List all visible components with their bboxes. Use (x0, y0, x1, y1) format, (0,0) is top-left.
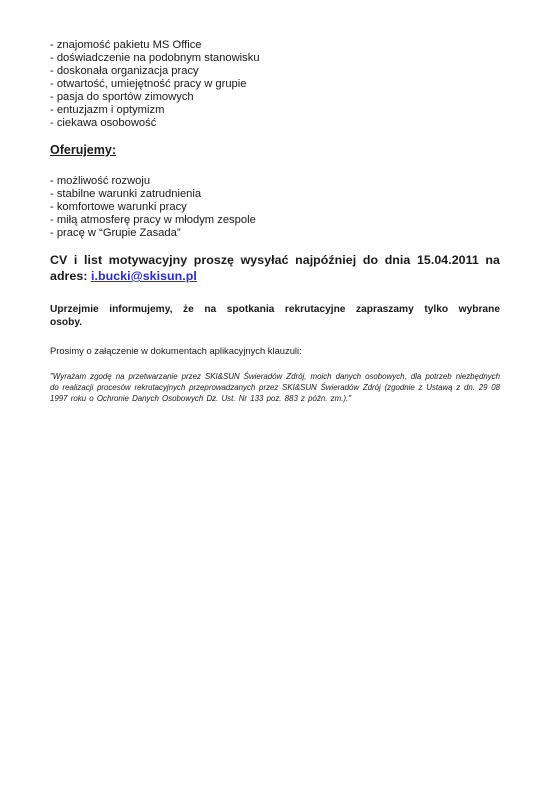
email-link[interactable]: i.bucki@skisun.pl (91, 269, 197, 283)
offer-heading: Oferujemy: (50, 142, 500, 158)
offer-list: - możliwość rozwoju - stabilne warunki z… (50, 175, 500, 240)
requirement-item: - ciekawa osobowość (50, 117, 500, 130)
offer-item: - stabilne warunki zatrudnienia (50, 188, 500, 201)
application-instructions: CV i list motywacyjny proszę wysyłać naj… (50, 252, 500, 284)
requirements-list: - znajomość pakietu MS Office - doświadc… (50, 39, 500, 130)
requirement-item: - pasja do sportów zimowych (50, 91, 500, 104)
offer-item: - miłą atmosferę pracy w młodym zespole (50, 214, 500, 227)
offer-item: - komfortowe warunki pracy (50, 201, 500, 214)
offer-item: - pracę w “Grupie Zasada” (50, 227, 500, 240)
clause-request: Prosimy o załączenie w dokumentach aplik… (50, 345, 500, 357)
requirement-item: - doskonała organizacja pracy (50, 65, 500, 78)
data-consent-clause: "Wyrażam zgodę na przetwarzanie przez SK… (50, 371, 500, 404)
requirement-item: - znajomość pakietu MS Office (50, 39, 500, 52)
requirement-item: - otwartość, umiejętność pracy w grupie (50, 78, 500, 91)
document-page: - znajomość pakietu MS Office - doświadc… (50, 39, 500, 404)
requirement-item: - entuzjazm i optymizm (50, 104, 500, 117)
selection-notice: Uprzejmie informujemy, że na spotkania r… (50, 303, 500, 329)
offer-item: - możliwość rozwoju (50, 175, 500, 188)
requirement-item: - doświadczenie na podobnym stanowisku (50, 52, 500, 65)
offer-heading-colon: : (112, 143, 116, 157)
offer-heading-text: Oferujemy (50, 143, 112, 157)
